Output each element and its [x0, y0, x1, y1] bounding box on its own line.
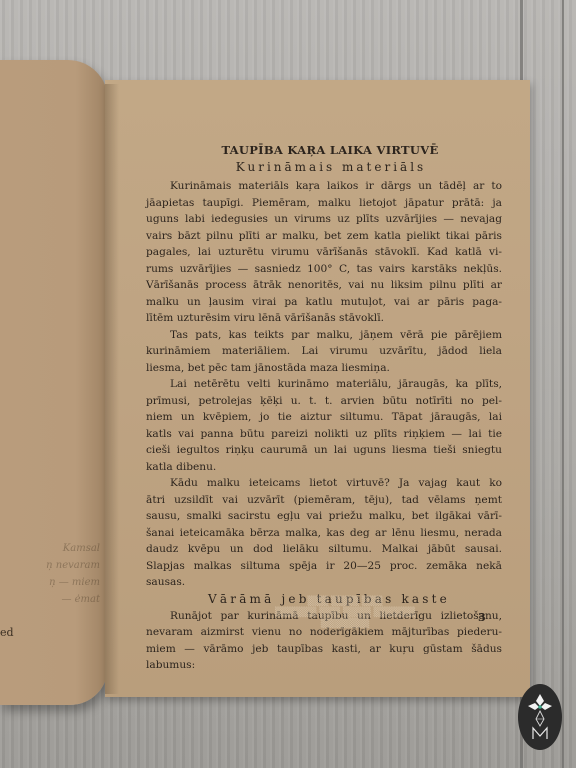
text-line: liesma, bet pēc tam jānostāda maza liesm…: [146, 360, 502, 377]
text-line: katls vai panna būtu pareizi nolikti uz …: [146, 426, 502, 443]
text-line: miem — vārāmo jeb taupības kasti, ar kuŗ…: [146, 641, 502, 658]
text-line: Kādu malku ieteicams lietot virtuvē? Ja …: [146, 475, 502, 492]
page-gutter: [105, 84, 119, 694]
left-page-fragment: ņ nevaram: [10, 557, 100, 575]
left-page-fragment: Kamsal: [10, 540, 100, 558]
text-line: šanai ieteicamāka bērza malka, kas deg a…: [146, 525, 502, 542]
text-line: sausas.: [146, 574, 502, 591]
text-line: katla dibenu.: [146, 459, 502, 476]
left-page-footer: ed: [0, 626, 14, 639]
text-line: sausu, smalki sacirstu egļu vai priežu m…: [146, 508, 502, 525]
left-page-fragment: — ėmat: [10, 591, 100, 609]
text-line: niem un kvēpiem, jo tie aiztur siltumu. …: [146, 409, 502, 426]
floor-seam: [562, 0, 564, 768]
text-line: Lai netērētu velti kurināmo materiālu, j…: [146, 376, 502, 393]
text-line: vairs bāzt pilnu plīti ar malku, bet zem…: [146, 228, 502, 245]
text-line: prīmusi, petrolejas ķēķi u. t. t. arvien…: [146, 393, 502, 410]
text-line: cieši iegultos riņķu caurumā un lai ugun…: [146, 442, 502, 459]
text-line: lītēm uzturēsim viru lēnā vārīšanās stāv…: [146, 310, 502, 327]
text-line: ātri uzsildīt vai uzvārīt (piemēram, tēj…: [146, 492, 502, 509]
text-line: kurināmiem materiāliem. Lai virumu uzvār…: [146, 343, 502, 360]
paragraph: Kādu malku ieteicams lietot virtuvē? Ja …: [146, 475, 502, 591]
flower-monogram-icon: [525, 692, 555, 742]
text-line: jāapietas taupīgi. Piemēram, malku lieto…: [146, 195, 502, 212]
page-title: TAUPĪBA KAŖA LAIKA VIRTUVĒ: [158, 143, 502, 157]
page-content: TAUPĪBA KAŖA LAIKA VIRTUVĒ Kurināmais ma…: [146, 143, 502, 674]
paragraph: Kurināmais materiāls kaŗa laikos ir dārg…: [146, 178, 502, 327]
text-line: labumus:: [146, 657, 502, 674]
text-line: malku un ļausim virai pa katlu mutuļot, …: [146, 294, 502, 311]
paragraph: Lai netērētu velti kurināmo materiālu, j…: [146, 376, 502, 475]
text-line: uguns labi iedegusies un virums uz plīts…: [146, 211, 502, 228]
section-heading: Kurināmais materiāls: [160, 160, 502, 174]
page-number: 3: [478, 611, 486, 624]
left-page: Kamsal ņ nevaram ņ — miem — ėmat ed: [0, 60, 108, 705]
text-line: pagales, lai uzturētu virumu vārīšanās s…: [146, 244, 502, 261]
paragraph: Tas pats, kas teikts par malku, jāņem vē…: [146, 327, 502, 377]
left-page-fragment: ņ — miem: [10, 574, 100, 592]
text-line: daudz kvēpu un dod lielāku siltumu. Malk…: [146, 541, 502, 558]
bleed-through-text: ▒▒▒ ▒▒▒▒ ▒▒▒▒▒▒▒▒▒ ▒▒▒ ▒▒▒▒ ▒▒▒▒▒▒▒▒▒▒▒▒…: [225, 597, 465, 630]
text-line: Slapjas malkas siltuma spēja ir 20—25 pr…: [146, 558, 502, 575]
text-line: Kurināmais materiāls kaŗa laikos ir dārg…: [146, 178, 502, 195]
watermark-badge: [518, 684, 562, 750]
text-line: Vārīšanās process ātrāk nenoritēs, vai n…: [146, 277, 502, 294]
text-line: Tas pats, kas teikts par malku, jāņem vē…: [146, 327, 502, 344]
text-line: rums uzvārījies — sasniedz 100° C, tas v…: [146, 261, 502, 278]
